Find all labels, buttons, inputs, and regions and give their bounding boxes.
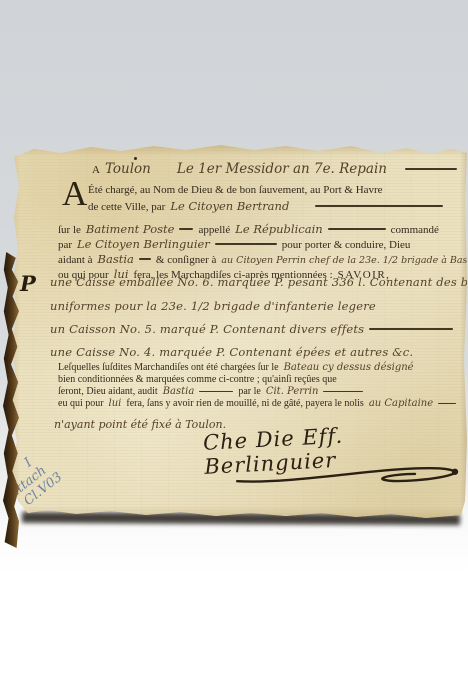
opening-line-1: Été chargé, au Nom de Dieu & de bon ſauv…	[88, 184, 383, 196]
rule-line	[139, 258, 151, 259]
opening-line-2: de cette Ville, par Le Citoyen Bertrand	[88, 199, 448, 213]
cargo-line-3: un Caisson No. 5. marqué P. Contenant di…	[50, 322, 458, 336]
dateline-place-ms: Toulon	[105, 161, 151, 177]
closing-line-3: ſeront, Dieu aidant, audit Bastia par le…	[58, 386, 368, 397]
closing-text: ſeront, Dieu aidant, audit	[58, 386, 158, 397]
closing-text: bien conditionnées & marquées comme ci-c…	[58, 374, 337, 385]
closing-text: par le	[238, 386, 261, 397]
ink-speck	[134, 157, 137, 160]
closing-line-1: Leſquelles ſuſdites Marchandiſes ont été…	[58, 362, 414, 373]
cargo-item-ms: une Caisse emballée No. 6. marquée P. pe…	[50, 275, 468, 289]
consignee-ms: au Citoyen Perrin chef de la 23e. 1/2 br…	[221, 255, 468, 266]
dateline: A Toulon Le 1er Messidor an 7e. Repain	[92, 161, 462, 177]
destination-ref-ms: Bastia	[163, 386, 195, 397]
vessel-name-ms: Le Républicain	[235, 222, 322, 236]
rule-line	[179, 228, 193, 229]
voyage-text: par	[58, 239, 72, 251]
captain-name-ms: Le Citoyen Berlinguier	[77, 237, 210, 251]
freight-note-text-ms: n'ayant point été fixé à Toulon.	[54, 418, 226, 431]
closing-line-2: bien conditionnées & marquées comme ci-c…	[58, 374, 337, 385]
rule-line	[315, 205, 443, 206]
voyage-text: & conſigner à	[156, 254, 216, 266]
bill-of-lading-sheet: A Toulon Le 1er Messidor an 7e. Repain A…	[6, 141, 468, 518]
cargo-item-ms: une Caisse No. 4. marquée P. Contenant é…	[50, 345, 413, 359]
rule-line	[199, 391, 233, 392]
cargo-line-1: une Caisse emballée No. 6. marquée P. pe…	[50, 275, 468, 289]
voyage-line-2: par Le Citoyen Berlinguier pour porter &…	[58, 237, 410, 251]
rule-line	[438, 403, 456, 404]
photo-background: A Toulon Le 1er Messidor an 7e. Repain A…	[0, 0, 468, 700]
consignee-ref-ms: Cit. Perrin	[266, 386, 319, 397]
closing-text: eu qui pour	[58, 398, 104, 409]
rule-line	[405, 168, 457, 169]
vessel-ref-ms: Bateau cy dessus désigné	[284, 362, 414, 373]
cargo-line-2: uniformes pour la 23e. 1/2 brigade d'inf…	[50, 299, 376, 313]
freight-payer-ms: au Capitaine	[369, 398, 433, 409]
dateline-prefix: A	[92, 164, 100, 176]
voyage-line-1: ſur le Batiment Poste appellé Le Républi…	[58, 222, 439, 236]
rule-line	[369, 328, 453, 329]
rule-line	[215, 243, 277, 244]
voyage-text: appellé	[198, 224, 230, 236]
cargo-item-ms: un Caisson No. 5. marqué P. Contenant di…	[50, 322, 364, 336]
voyage-text: pour porter & conduire, Dieu	[282, 239, 411, 251]
vessel-type-ms: Batiment Poste	[86, 222, 175, 236]
signature-text-ms: Che Die Eff. Berlinguier	[203, 424, 344, 479]
destination-ms: Bastia	[98, 252, 134, 266]
dropcap-a: A	[62, 179, 87, 209]
rule-line	[323, 391, 363, 392]
cargo-item-ms: uniformes pour la 23e. 1/2 brigade d'inf…	[50, 299, 376, 313]
voyage-text: ſur le	[58, 224, 81, 236]
captain-signature: Che Die Eff. Berlinguier	[203, 417, 468, 495]
opening-text-1: Été chargé, au Nom de Dieu & de bon ſauv…	[88, 184, 383, 196]
freight-note-ms: n'ayant point été fixé à Toulon.	[54, 418, 226, 431]
opening-text-2: de cette Ville, par	[88, 201, 165, 213]
closing-text: fera, ſans y avoir rien de mouillé, ni d…	[126, 398, 363, 409]
pronoun-ms: lui	[109, 398, 122, 409]
closing-text: Leſquelles ſuſdites Marchandiſes ont été…	[58, 362, 279, 373]
shipper-name-ms: Le Citoyen Bertrand	[170, 199, 289, 213]
dateline-date-ms: Le 1er Messidor an 7e. Repain	[177, 161, 387, 177]
closing-line-4: eu qui pour lui fera, ſans y avoir rien …	[58, 398, 461, 409]
rule-line	[328, 228, 386, 229]
cargo-line-4: une Caisse No. 4. marquée P. Contenant é…	[50, 345, 413, 359]
voyage-line-3: aidant à Bastia & conſigner à au Citoyen…	[58, 252, 468, 266]
voyage-text: aidant à	[58, 254, 93, 266]
margin-mark: P	[20, 271, 36, 296]
voyage-text: commandé	[391, 224, 439, 236]
